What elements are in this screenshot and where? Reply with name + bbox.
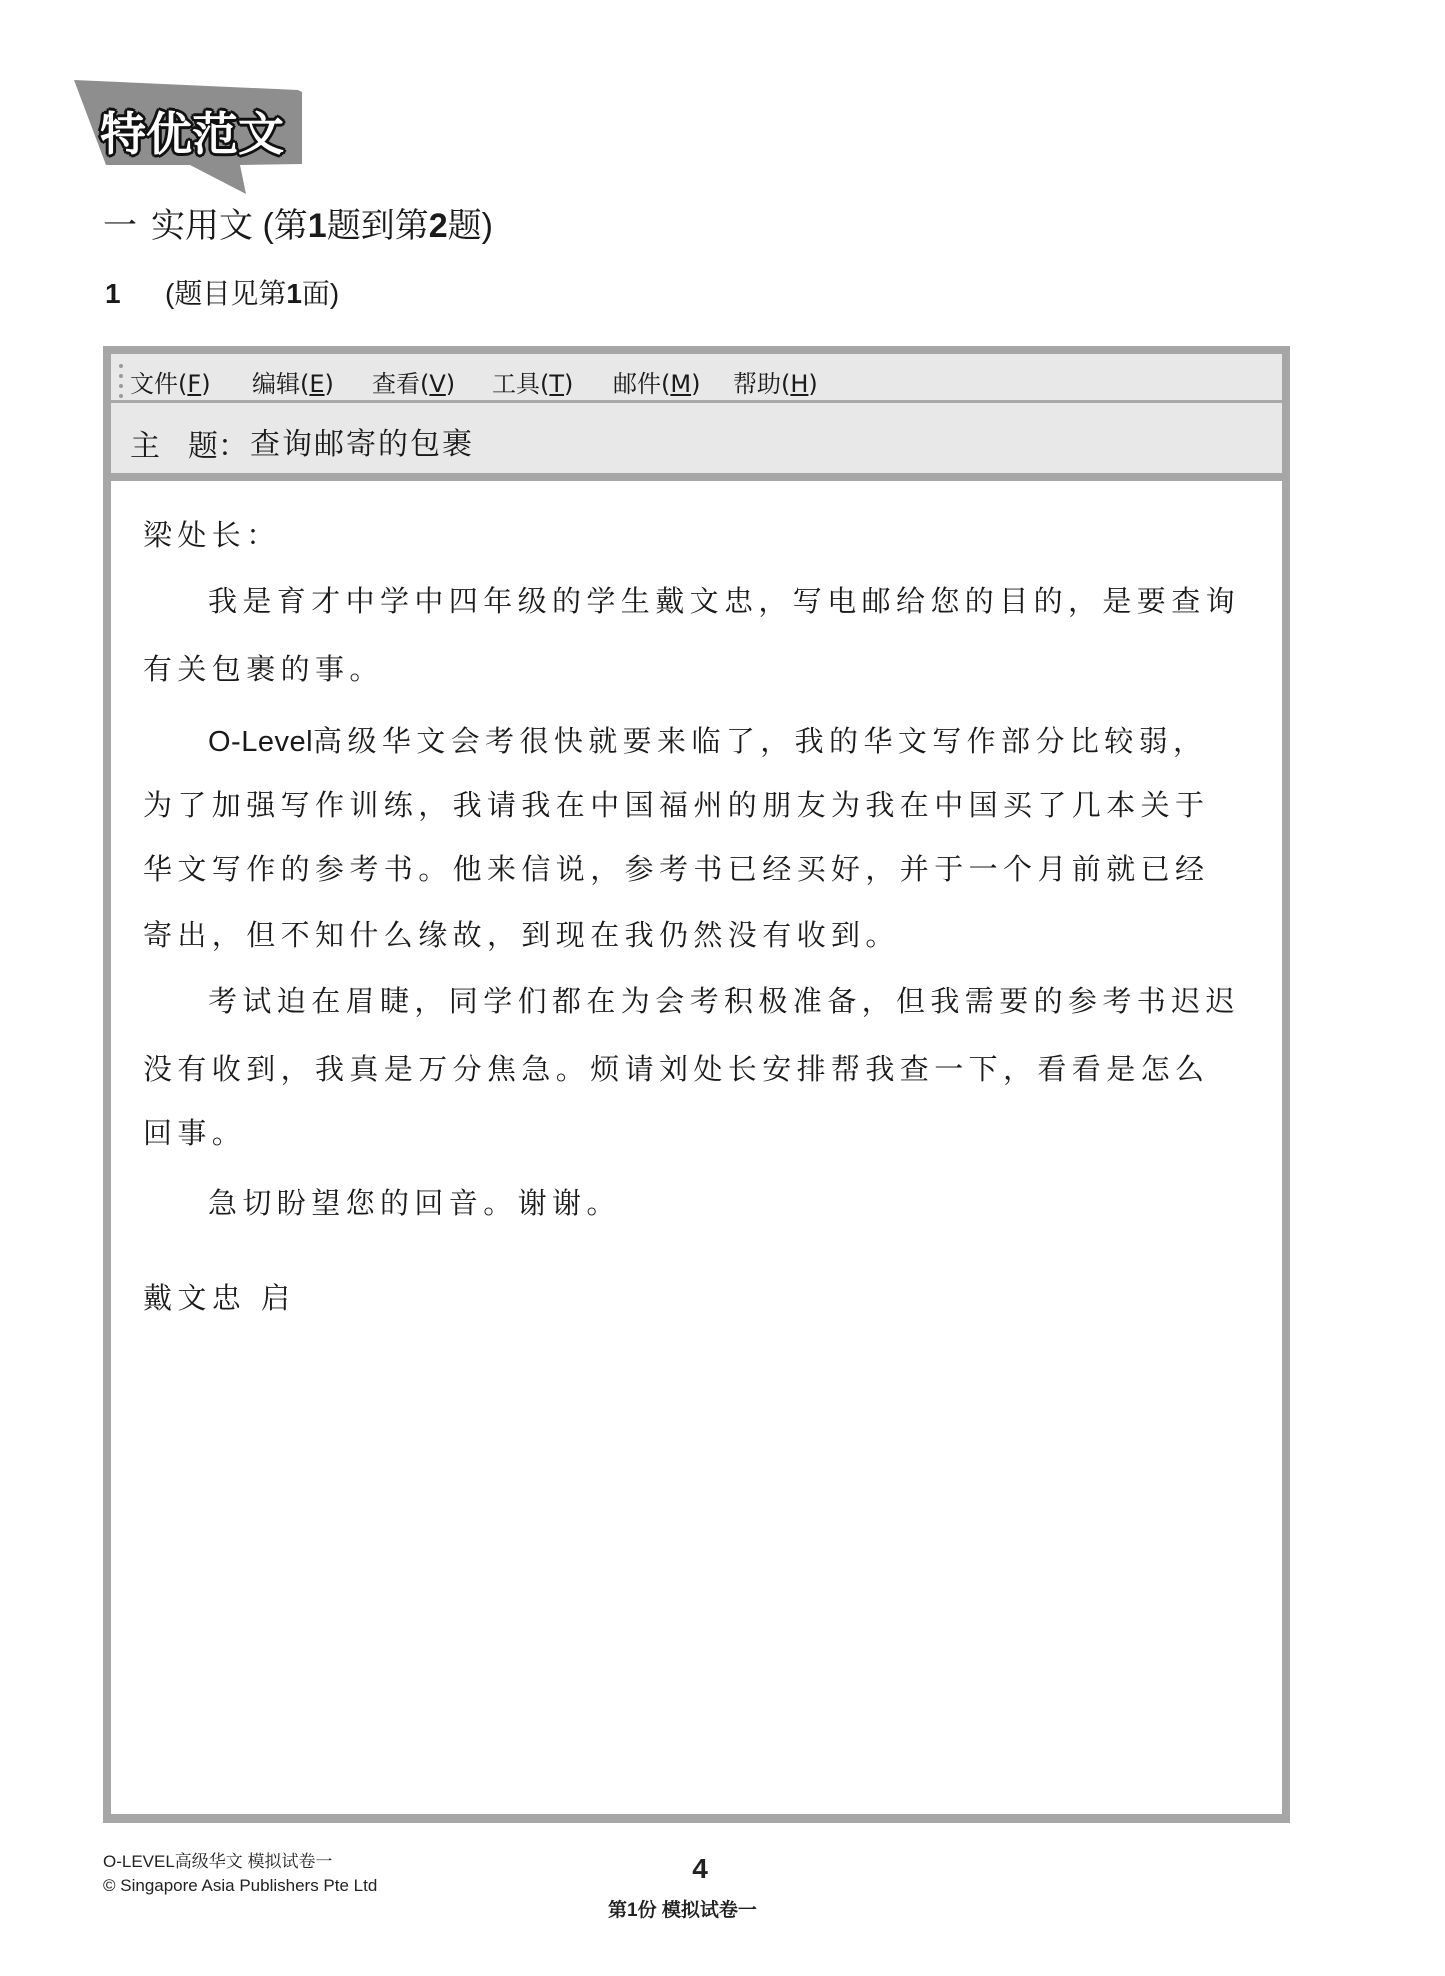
email-body[interactable]: 梁处长： 我是育才中学中四年级的学生戴文忠，写电邮给您的目的，是要查询 有关包裹… — [111, 481, 1282, 1814]
section-title-prefix: 实用文 (第 — [151, 207, 308, 245]
subject-field[interactable]: 查询邮寄的包裹 — [250, 419, 474, 463]
menu-help[interactable]: 帮助(H) — [733, 364, 818, 399]
signature: 戴文忠 启 — [143, 1276, 295, 1317]
letter-line: 急切盼望您的回音。谢谢。 — [143, 1181, 621, 1222]
section-num-1: 1 — [308, 207, 327, 245]
section-dash: 一 — [103, 198, 151, 247]
menu-mail[interactable]: 邮件(M) — [613, 364, 700, 399]
menu-file[interactable]: 文件(F) — [130, 364, 211, 399]
book-title: O-LEVEL高级华文 模拟试卷一 — [103, 1850, 377, 1874]
menu-view[interactable]: 查看(V) — [372, 364, 455, 399]
letter-line: 回事。 — [143, 1111, 246, 1152]
footer-left: O-LEVEL高级华文 模拟试卷一 © Singapore Asia Publi… — [103, 1850, 377, 1898]
menu-tools[interactable]: 工具(T) — [492, 364, 573, 399]
section-title-mid: 题到第 — [327, 207, 429, 245]
letter-line: 华文写作的参考书。他来信说，参考书已经买好，并于一个月前就已经 — [143, 847, 1209, 888]
menu-bar: 文件(F) 编辑(E) 查看(V) 工具(T) 邮件(M) 帮助(H) — [111, 354, 1282, 403]
salutation: 梁处长： — [143, 513, 281, 554]
featured-essay-badge: 特优范文 — [70, 76, 310, 201]
question-note-prefix: (题目见第 — [165, 278, 286, 309]
question-line: 1(题目见第1面) — [105, 272, 339, 312]
letter-line: 我是育才中学中四年级的学生戴文忠，写电邮给您的目的，是要查询 — [143, 579, 1240, 620]
badge-label: 特优范文 — [100, 98, 284, 164]
section-num-2: 2 — [429, 207, 448, 245]
section-heading: 一实用文 (第1题到第2题) — [103, 198, 493, 247]
toolbar-grip-handle[interactable] — [119, 364, 123, 404]
page-subtitle: 第1份 模拟试卷一 — [608, 1895, 757, 1922]
letter-line: 寄出，但不知什么缘故，到现在我仍然没有收到。 — [143, 913, 900, 954]
letter-line-text: 高级华文会考很快就要来临了，我的华文写作部分比较弱， — [313, 724, 1207, 758]
email-window: 文件(F) 编辑(E) 查看(V) 工具(T) 邮件(M) 帮助(H) 主题： … — [103, 346, 1290, 1823]
letter-line: 没有收到，我真是万分焦急。烦请刘处长安排帮我查一下，看看是怎么 — [143, 1047, 1209, 1088]
letter-line: 有关包裹的事。 — [143, 647, 384, 688]
section-title-suffix: 题) — [448, 207, 493, 245]
letter-line: 为了加强写作训练，我请我在中国福州的朋友为我在中国买了几本关于 — [143, 783, 1209, 824]
letter-line: O-Level高级华文会考很快就要来临了，我的华文写作部分比较弱， — [143, 719, 1207, 760]
question-number: 1 — [105, 278, 165, 310]
subject-bar: 主题： 查询邮寄的包裹 — [111, 403, 1282, 473]
question-note-suffix: 面) — [302, 278, 339, 309]
subject-label: 主题： — [130, 421, 248, 465]
copyright: © Singapore Asia Publishers Pte Ltd — [103, 1874, 377, 1898]
letter-line: 考试迫在眉睫，同学们都在为会考积极准备，但我需要的参考书迟迟 — [143, 979, 1240, 1020]
menu-edit[interactable]: 编辑(E) — [252, 364, 334, 399]
page-number: 4 — [680, 1853, 720, 1885]
question-note-num: 1 — [286, 278, 302, 309]
latin-prefix: O-Level — [208, 726, 313, 758]
